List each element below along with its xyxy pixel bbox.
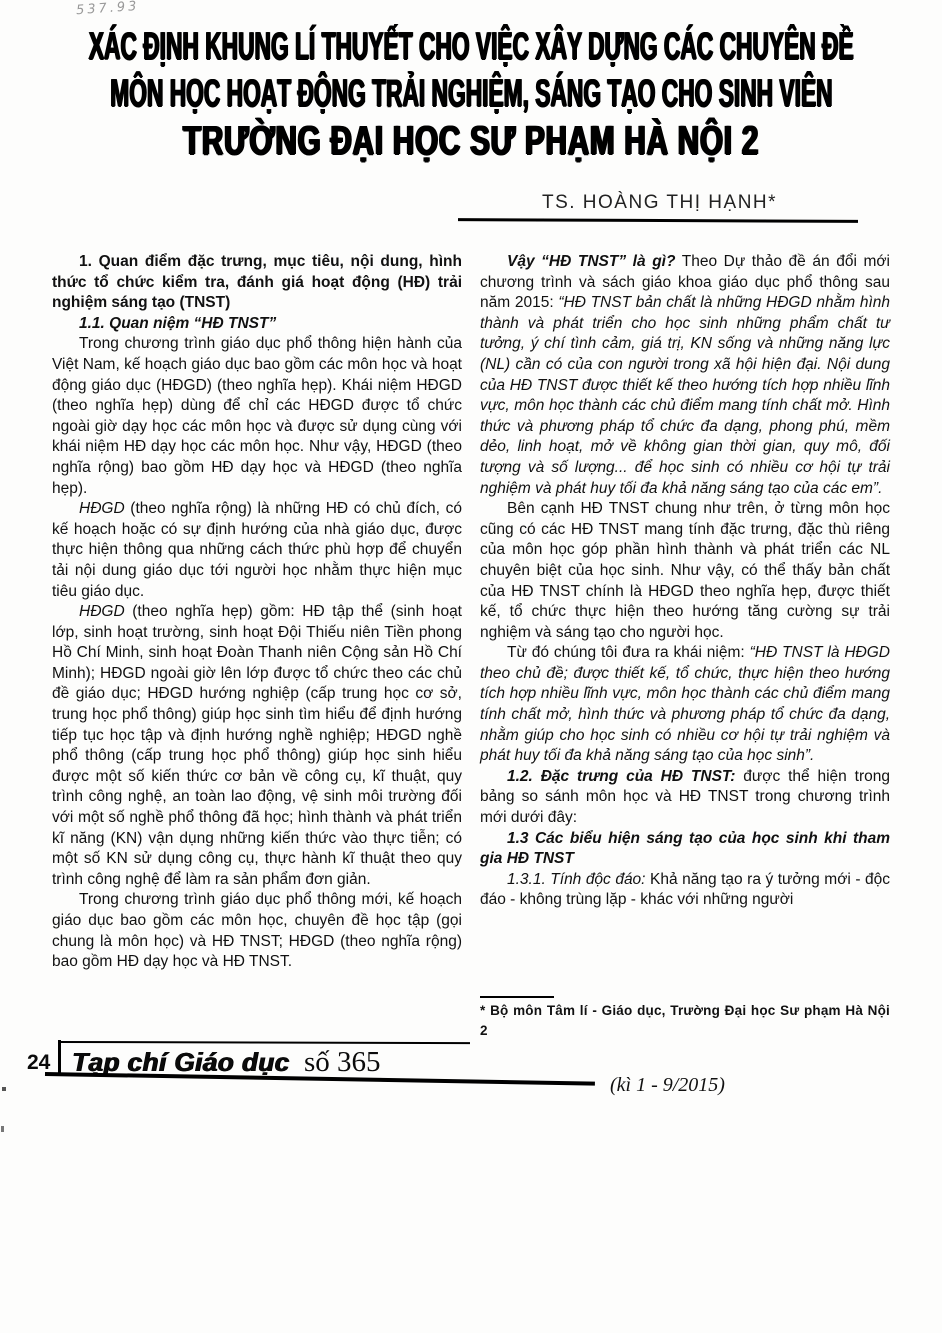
paragraph: HĐGD (theo nghĩa rộng) là những HĐ có ch… bbox=[52, 499, 462, 602]
paragraph: 1. Quan điểm đặc trưng, mục tiêu, nội du… bbox=[52, 252, 462, 314]
paragraph: HĐGD (theo nghĩa hẹp) gồm: HĐ tập thể (s… bbox=[52, 602, 462, 890]
footnote-rule bbox=[480, 996, 554, 998]
paragraph: Từ đó chúng tôi đưa ra khái niệm: “HĐ TN… bbox=[480, 643, 890, 767]
scan-artifact-dot bbox=[2, 1087, 6, 1091]
title-line-2: MÔN HỌC HOẠT ĐỘNG TRẢI NGHIỆM, SÁNG TẠO … bbox=[110, 65, 832, 120]
issue-detail: (kì 1 - 9/2015) bbox=[610, 1074, 725, 1097]
paragraph: Trong chương trình giáo dục phổ thông mớ… bbox=[52, 890, 462, 972]
article-title: XÁC ĐỊNH KHUNG LÍ THUYẾT CHO VIỆC XÂY DỰ… bbox=[0, 22, 942, 166]
title-line-3: TRƯỜNG ĐẠI HỌC SƯ PHẠM HÀ NỘI 2 bbox=[183, 114, 759, 169]
scan-artifact-dash bbox=[1, 1126, 4, 1132]
paragraph: 1.3.1. Tính độc đáo: Khả năng tạo ra ý t… bbox=[480, 870, 890, 911]
paragraph: 1.1. Quan niệm “HĐ TNST” bbox=[52, 314, 462, 335]
paragraph: 1.2. Đặc trưng của HĐ TNST: được thể hiệ… bbox=[480, 767, 890, 829]
author-name: TS. HOÀNG THỊ HẠNH* bbox=[462, 192, 857, 214]
footer-vertical-divider bbox=[58, 1040, 61, 1076]
paragraph: 1.3 Các biểu hiện sáng tạo của học sinh … bbox=[480, 829, 890, 870]
journal-page: 537.93 XÁC ĐỊNH KHUNG LÍ THUYẾT CHO VIỆC… bbox=[0, 0, 942, 1333]
left-column: 1. Quan điểm đặc trưng, mục tiêu, nội du… bbox=[52, 252, 462, 1042]
right-column: Vậy “HĐ TNST” là gì? Theo Dự thảo đề án … bbox=[480, 252, 890, 1042]
journal-issue: số 365 bbox=[304, 1046, 381, 1078]
footnote-text: * Bộ môn Tâm lí - Giáo dục, Trường Đại h… bbox=[480, 1001, 890, 1042]
paragraph: Bên cạnh HĐ TNST chung như trên, ở từng … bbox=[480, 499, 890, 643]
author-underline bbox=[458, 218, 858, 222]
footer-top-rule bbox=[58, 1041, 470, 1044]
right-column-text: Vậy “HĐ TNST” là gì? Theo Dự thảo đề án … bbox=[480, 252, 890, 911]
paragraph: Vậy “HĐ TNST” là gì? Theo Dự thảo đề án … bbox=[480, 252, 890, 499]
article-body: 1. Quan điểm đặc trưng, mục tiêu, nội du… bbox=[52, 252, 890, 1042]
paragraph: Trong chương trình giáo dục phổ thông hi… bbox=[52, 334, 462, 499]
handwritten-mark: 537.93 bbox=[76, 0, 140, 18]
footnote-block: * Bộ môn Tâm lí - Giáo dục, Trường Đại h… bbox=[480, 992, 890, 1042]
